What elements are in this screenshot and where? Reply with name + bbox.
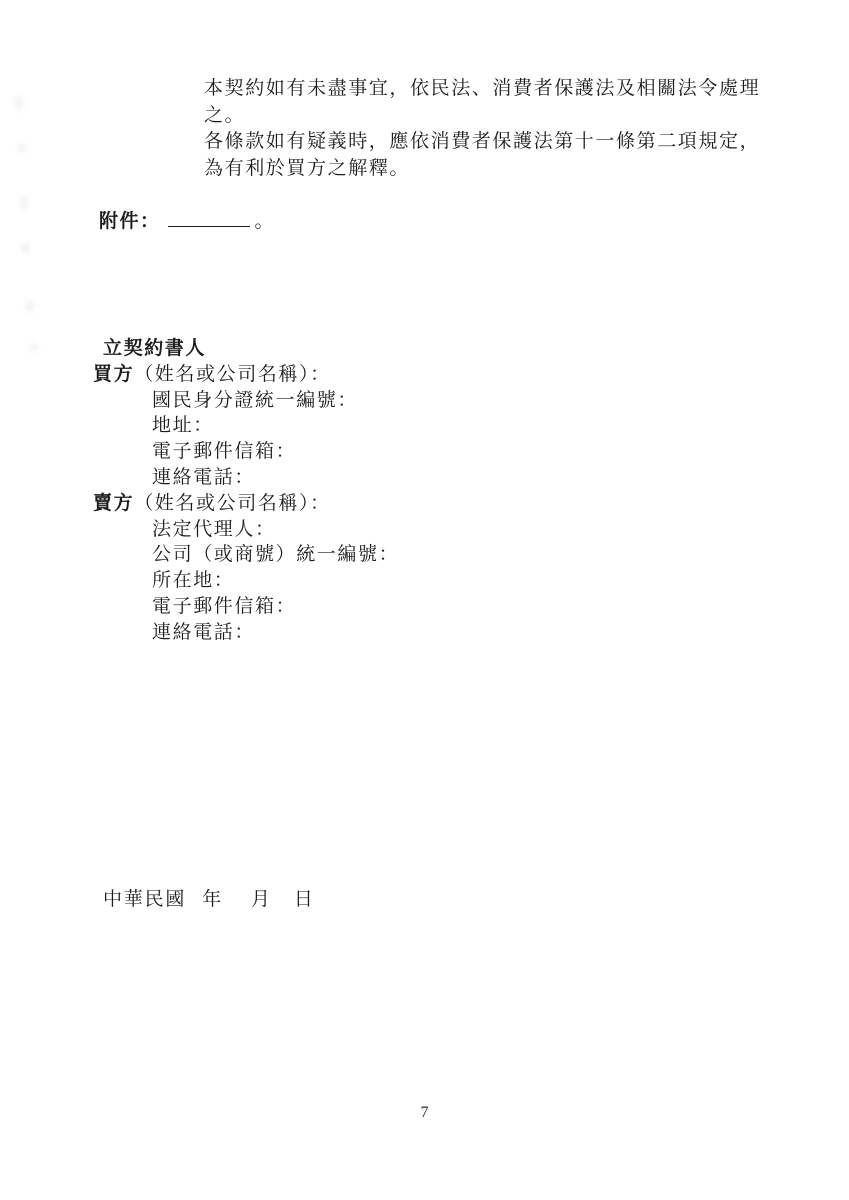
scan-smudge: [25, 300, 35, 312]
seller-field-email: 電子郵件信箱：: [93, 594, 399, 620]
scan-smudge: [30, 342, 38, 352]
clause-line: 各條款如有疑義時，應依消費者保護法第十一條第二項規定，: [204, 129, 760, 156]
seller-name-suffix: （姓名或公司名稱）：: [134, 493, 331, 514]
attachment-line: 附件：。: [99, 206, 275, 233]
scan-smudge: [14, 96, 24, 110]
attachment-blank-field: [168, 206, 250, 227]
signatories-section: 立契約書人 買方（姓名或公司名稱）： 國民身分證統一編號： 地址： 電子郵件信箱…: [93, 336, 399, 646]
buyer-field-phone: 連絡電話：: [93, 465, 399, 491]
day-label: 日: [294, 889, 315, 910]
buyer-field-email: 電子郵件信箱：: [93, 439, 399, 465]
seller-line: 賣方（姓名或公司名稱）：: [93, 491, 399, 517]
attachment-period: 。: [255, 211, 276, 232]
seller-field-location: 所在地：: [93, 568, 399, 594]
scan-smudge: [19, 196, 29, 210]
seller-field-company-number: 公司（或商號）統一編號：: [93, 542, 399, 568]
scan-smudge: [17, 142, 26, 154]
contract-page: 本契約如有未盡事宜，依民法、消費者保護法及相關法令處理 之。 各條款如有疑義時，…: [0, 0, 849, 1200]
seller-field-legal-rep: 法定代理人：: [93, 517, 399, 543]
roc-era-label: 中華民國: [103, 889, 186, 910]
seller-field-phone: 連絡電話：: [93, 620, 399, 646]
attachment-colon: ：: [140, 211, 161, 232]
seller-label: 賣方: [93, 493, 134, 514]
clause-line: 為有利於買方之解釋。: [204, 156, 760, 183]
date-line: 中華民國年月日: [103, 884, 315, 911]
month-label: 月: [251, 889, 272, 910]
buyer-line: 買方（姓名或公司名稱）：: [93, 362, 399, 388]
clause-line: 之。: [204, 103, 760, 130]
clauses-paragraph: 本契約如有未盡事宜，依民法、消費者保護法及相關法令處理 之。 各條款如有疑義時，…: [204, 76, 760, 182]
clause-line: 本契約如有未盡事宜，依民法、消費者保護法及相關法令處理: [204, 76, 760, 103]
signatories-heading: 立契約書人: [93, 336, 399, 362]
buyer-label: 買方: [93, 364, 134, 385]
buyer-name-suffix: （姓名或公司名稱）：: [134, 364, 331, 385]
buyer-field-address: 地址：: [93, 413, 399, 439]
year-label: 年: [202, 889, 223, 910]
buyer-field-id-number: 國民身分證統一編號：: [93, 388, 399, 414]
attachment-label: 附件: [99, 211, 140, 232]
page-number: 7: [0, 1104, 849, 1122]
scan-smudge: [21, 242, 30, 254]
